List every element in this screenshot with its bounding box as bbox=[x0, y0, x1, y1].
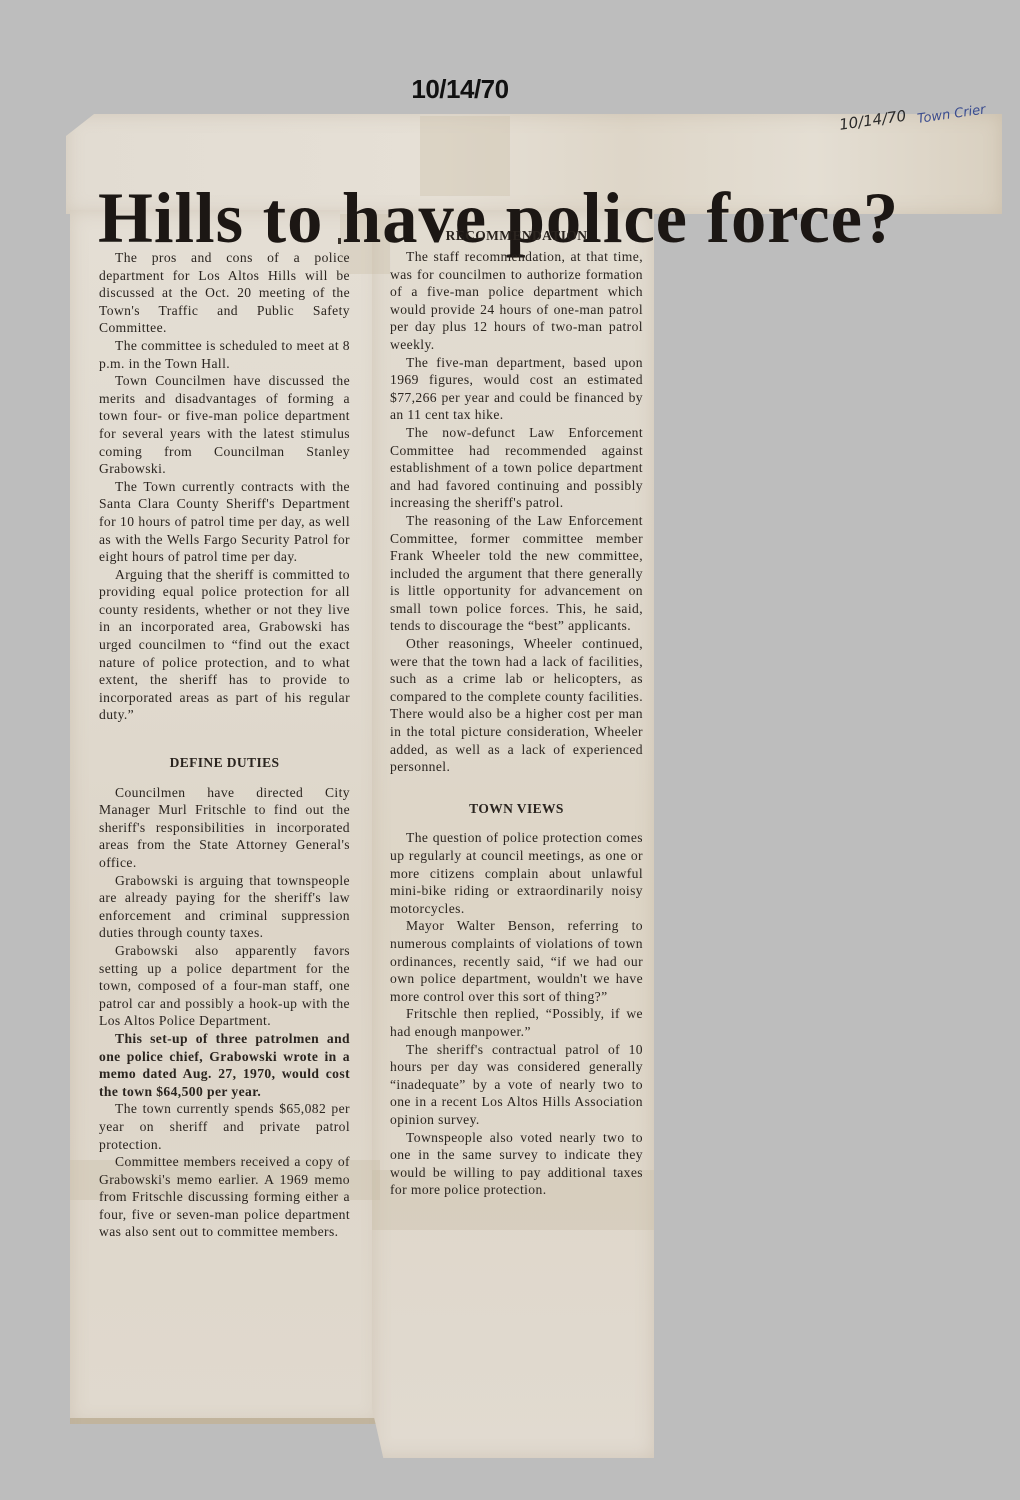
paragraph: The committee is scheduled to meet at 8 … bbox=[99, 337, 350, 372]
paragraph: Committee members received a copy of Gra… bbox=[99, 1153, 350, 1241]
paragraph: Other reasonings, Wheeler continued, wer… bbox=[390, 635, 643, 776]
paragraph: The reasoning of the Law Enforcement Com… bbox=[390, 512, 643, 635]
paragraph: The staff recommendation, at that time, … bbox=[390, 248, 643, 354]
paragraph: Fritschle then replied, “Possibly, if we… bbox=[390, 1005, 643, 1040]
paragraph: The Town currently contracts with the Sa… bbox=[99, 478, 350, 566]
subhead-recommendation: RECOMMENDATION bbox=[390, 228, 643, 244]
paragraph: Mayor Walter Benson, referring to numero… bbox=[390, 917, 643, 1005]
paragraph: Grabowski is arguing that townspeople ar… bbox=[99, 872, 350, 942]
article-column-right: The staff recommendation, at that time, … bbox=[390, 248, 643, 1199]
paragraph: The five-man department, based upon 1969… bbox=[390, 354, 643, 424]
paragraph: The sheriff's contractual patrol of 10 h… bbox=[390, 1041, 643, 1129]
paragraph: The pros and cons of a police department… bbox=[99, 249, 350, 337]
paragraph: Arguing that the sheriff is committed to… bbox=[99, 566, 350, 724]
paragraph: Town Councilmen have discussed the merit… bbox=[99, 372, 350, 478]
clipping-left-edge-shadow bbox=[70, 1418, 380, 1424]
paragraph: Grabowski also apparently favors setting… bbox=[99, 942, 350, 1030]
paragraph: Townspeople also voted nearly two to one… bbox=[390, 1129, 643, 1199]
paragraph: The now-defunct Law Enforcement Committe… bbox=[390, 424, 643, 512]
subhead-define-duties: DEFINE DUTIES bbox=[99, 754, 350, 772]
subhead-town-views: TOWN VIEWS bbox=[390, 800, 643, 818]
paragraph: The town currently spends $65,082 per ye… bbox=[99, 1100, 350, 1153]
paragraph: Councilmen have directed City Manager Mu… bbox=[99, 784, 350, 872]
article-column-left: The pros and cons of a police department… bbox=[99, 249, 350, 1241]
paragraph: The question of police protection comes … bbox=[390, 829, 643, 917]
paragraph: This set-up of three patrolmen and one p… bbox=[99, 1030, 350, 1100]
archive-date-label: 10/14/70 bbox=[0, 74, 920, 105]
